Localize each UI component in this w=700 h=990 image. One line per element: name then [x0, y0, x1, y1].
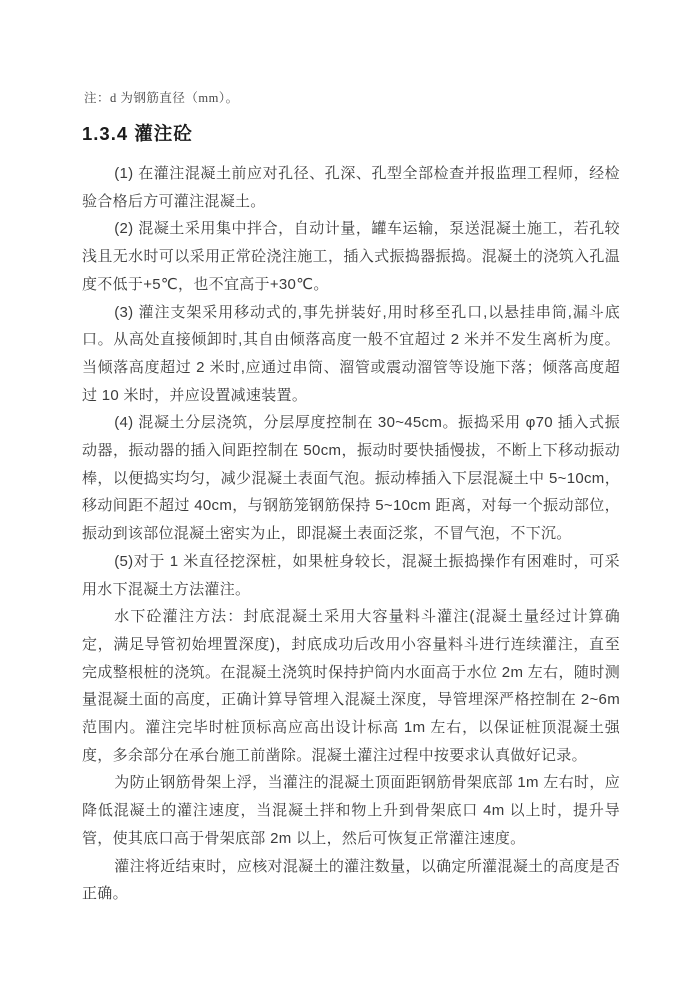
paragraph-2: (2) 混凝土采用集中拌合，自动计量，罐车运输，泵送混凝土施工，若孔较浅且无水时… — [82, 215, 620, 298]
paragraph-4: (4) 混凝土分层浇筑，分层厚度控制在 30~45cm。振捣采用 φ70 插入式… — [82, 409, 620, 548]
section-heading: 1.3.4 灌注砼 — [82, 121, 620, 147]
section-body: (1) 在灌注混凝土前应对孔径、孔深、孔型全部检查并报监理工程师，经检验合格后方… — [82, 160, 620, 908]
table-footnote: 注：d 为钢筋直径（mm）。 — [84, 90, 620, 107]
paragraph-1: (1) 在灌注混凝土前应对孔径、孔深、孔型全部检查并报监理工程师，经检验合格后方… — [82, 160, 620, 215]
paragraph-final-check: 灌注将近结束时，应核对混凝土的灌注数量，以确定所灌混凝土的高度是否正确。 — [82, 853, 620, 908]
document-page: 注：d 为钢筋直径（mm）。 1.3.4 灌注砼 (1) 在灌注混凝土前应对孔径… — [0, 0, 700, 990]
paragraph-5: (5)对于 1 米直径挖深桩，如果桩身较长，混凝土振捣操作有困难时，可采用水下混… — [82, 548, 620, 603]
paragraph-anti-floating: 为防止钢筋骨架上浮，当灌注的混凝土顶面距钢筋骨架底部 1m 左右时，应降低混凝土… — [82, 769, 620, 852]
paragraph-3: (3) 灌注支架采用移动式的,事先拼装好,用时移至孔口,以悬挂串筒,漏斗底口。从… — [82, 299, 620, 410]
paragraph-underwater-method: 水下砼灌注方法：封底混凝土采用大容量料斗灌注(混凝土量经过计算确定，满足导管初始… — [82, 603, 620, 769]
